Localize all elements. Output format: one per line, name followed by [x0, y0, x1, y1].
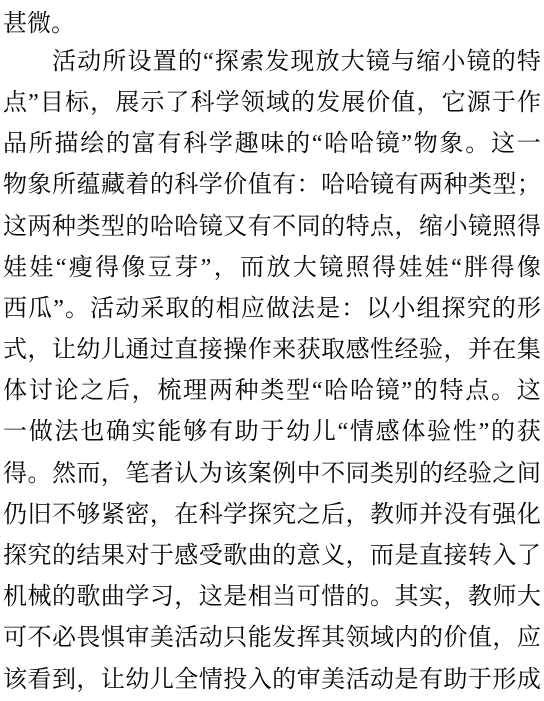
glyph: 瓜 [28, 297, 52, 321]
glyph: 歌 [76, 585, 100, 609]
glyph: 活 [174, 626, 198, 650]
glyph: 究 [467, 297, 491, 321]
glyph: 的 [106, 132, 130, 156]
glyph: 镜 [370, 173, 394, 197]
glyph: 于 [492, 91, 516, 115]
glyph: 绘 [80, 132, 104, 156]
text-line: 娃娃“瘦得像豆芽”，而放大镜照得娃娃“胖得像 [3, 247, 541, 288]
glyph: 笔 [125, 462, 149, 486]
glyph: 有 [248, 215, 272, 239]
glyph: 教 [468, 585, 492, 609]
glyph: 动 [115, 297, 139, 321]
glyph: 做 [29, 420, 53, 444]
glyph: 展 [115, 91, 139, 115]
glyph: 儿 [312, 420, 336, 444]
glyph: 哈 [350, 379, 374, 403]
glyph: 哈 [324, 379, 348, 403]
glyph: 蕴 [76, 173, 100, 197]
glyph: 形 [492, 668, 516, 692]
glyph: 畏 [76, 626, 100, 650]
glyph: 感 [174, 544, 198, 568]
glyph: 动 [370, 668, 394, 692]
glyph: 所 [29, 132, 53, 156]
glyph: 探 [215, 50, 239, 74]
glyph: 动 [77, 50, 101, 74]
glyph: 看 [27, 668, 51, 692]
glyph: ， [76, 668, 100, 692]
glyph: 的 [419, 626, 443, 650]
glyph: 来 [272, 338, 296, 362]
glyph: 梳 [157, 379, 181, 403]
glyph: 强 [492, 503, 516, 527]
glyph: 是 [316, 297, 340, 321]
glyph: 是 [395, 668, 419, 692]
glyph: 又 [223, 215, 247, 239]
glyph: 密 [125, 503, 149, 527]
glyph: 两 [27, 215, 51, 239]
glyph: ” [53, 297, 64, 321]
glyph: 设 [128, 50, 152, 74]
glyph: 不 [272, 215, 296, 239]
text-line: 品所描绘的富有科学趣味的“哈哈镜”物象。这一 [3, 124, 541, 165]
glyph: 相 [216, 297, 240, 321]
glyph: 法 [291, 297, 315, 321]
glyph: 曲 [248, 544, 272, 568]
glyph: 性 [370, 338, 394, 362]
glyph: 让 [52, 338, 76, 362]
glyph: 展 [341, 91, 365, 115]
glyph: 域 [370, 626, 394, 650]
glyph: 描 [54, 132, 78, 156]
glyph: 价 [443, 626, 467, 650]
glyph: 取 [165, 297, 189, 321]
text-line: 一做法也确实能够有助于幼儿“情感体验性”的获 [3, 412, 541, 453]
text-line: 仍旧不够紧密，在科学探究之后，教师并没有强化 [3, 494, 541, 535]
glyph: 的 [52, 544, 76, 568]
glyph: ， [101, 462, 125, 486]
glyph: 哈 [321, 173, 345, 197]
glyph: 相 [248, 585, 272, 609]
glyph: 果 [101, 544, 125, 568]
glyph: 的 [419, 462, 443, 486]
glyph: 内 [395, 626, 419, 650]
glyph: 当 [272, 585, 296, 609]
glyph: 该 [223, 462, 247, 486]
glyph: 。 [465, 132, 489, 156]
glyph: 情 [350, 420, 374, 444]
glyph: 通 [125, 338, 149, 362]
glyph: 类 [76, 215, 100, 239]
glyph: 作 [248, 338, 272, 362]
glyph: ” [28, 91, 39, 115]
glyph: 这 [491, 132, 515, 156]
glyph: 究 [27, 544, 51, 568]
glyph: 可 [297, 585, 321, 609]
glyph: 活 [346, 668, 370, 692]
glyph: 能 [157, 420, 181, 444]
glyph: 象 [27, 173, 51, 197]
glyph: 感 [376, 420, 400, 444]
glyph: ” [401, 379, 412, 403]
glyph: 特 [517, 50, 541, 74]
text-line: 探究的结果对于感受歌曲的意义，而是直接转入了 [3, 535, 541, 576]
glyph: 别 [395, 462, 419, 486]
glyph: 够 [183, 420, 207, 444]
glyph: “ [312, 379, 323, 403]
glyph: 这 [199, 585, 223, 609]
glyph: 着 [125, 173, 149, 197]
glyph: 例 [272, 462, 296, 486]
glyph: 的 [178, 50, 202, 74]
glyph: 挥 [297, 626, 321, 650]
glyph: 有 [272, 173, 296, 197]
glyph: 哈 [324, 132, 348, 156]
glyph: 型 [492, 173, 516, 197]
glyph: 趣 [235, 132, 259, 156]
glyph: 发 [265, 50, 289, 74]
glyph: 镜 [199, 215, 223, 239]
glyph: 只 [223, 626, 247, 650]
glyph: 。 [491, 379, 515, 403]
glyph: 受 [199, 544, 223, 568]
glyph: 置 [153, 50, 177, 74]
glyph: ” [201, 256, 212, 280]
glyph: 式 [3, 338, 27, 362]
glyph: 而 [370, 544, 394, 568]
glyph: 放 [316, 50, 340, 74]
glyph: 教 [370, 503, 394, 527]
glyph: 的 [291, 91, 315, 115]
glyph: ， [417, 91, 441, 115]
glyph: 探 [3, 544, 27, 568]
glyph: 有 [209, 420, 233, 444]
glyph: 的 [191, 297, 215, 321]
glyph: 性 [453, 420, 477, 444]
glyph: 哈 [174, 215, 198, 239]
glyph: 镜 [468, 215, 492, 239]
glyph: 型 [101, 215, 125, 239]
glyph: 象 [440, 132, 464, 156]
glyph: 够 [76, 503, 100, 527]
glyph: 应 [517, 626, 541, 650]
glyph: 曲 [101, 585, 125, 609]
glyph: 习 [150, 585, 174, 609]
glyph: 审 [125, 626, 149, 650]
glyph: 后 [321, 503, 345, 527]
glyph: 化 [517, 503, 541, 527]
glyph: 义 [321, 544, 345, 568]
glyph: 科 [183, 132, 207, 156]
glyph: ， [27, 338, 51, 362]
glyph: 得 [490, 256, 514, 280]
glyph: 的 [272, 544, 296, 568]
glyph: 学 [199, 173, 223, 197]
glyph: 讨 [29, 379, 53, 403]
glyph: 的 [125, 215, 149, 239]
glyph: 两 [209, 379, 233, 403]
glyph: ， [150, 503, 174, 527]
glyph: 标 [65, 91, 89, 115]
glyph: 入 [248, 668, 272, 692]
glyph: 学 [216, 91, 240, 115]
glyph: ： [341, 297, 365, 321]
glyph: 集 [517, 338, 541, 362]
glyph: 歌 [223, 544, 247, 568]
glyph: 。 [370, 585, 394, 609]
glyph: 幼 [76, 338, 100, 362]
glyph: 与 [391, 50, 415, 74]
glyph: 缩 [416, 50, 440, 74]
glyph: 得 [95, 256, 119, 280]
glyph: 过 [150, 338, 174, 362]
glyph: 体 [3, 379, 27, 403]
glyph: 没 [443, 503, 467, 527]
glyph: 的 [286, 132, 310, 156]
glyph: 并 [468, 338, 492, 362]
glyph: 值 [391, 91, 415, 115]
glyph: 美 [150, 626, 174, 650]
glyph: 采 [140, 297, 164, 321]
glyph: 儿 [101, 338, 125, 362]
glyph: ； [517, 173, 541, 197]
glyph: 做 [266, 297, 290, 321]
glyph: 照 [346, 256, 370, 280]
glyph: 的 [414, 379, 438, 403]
glyph: 镜 [376, 132, 400, 156]
glyph: ， [346, 544, 370, 568]
glyph: 娃 [398, 256, 422, 280]
glyph: 的 [272, 668, 296, 692]
glyph: 镜 [467, 50, 491, 74]
glyph: 惜 [321, 585, 345, 609]
glyph: 味 [260, 132, 284, 156]
glyph: 镜 [319, 256, 343, 280]
glyph: 索 [240, 50, 264, 74]
text-lines: 甚微。活动所设置的“探索发现放大镜与缩小镜的特点”目标，展示了科学领域的发展价值… [3, 0, 541, 700]
glyph: 哈 [350, 132, 374, 156]
glyph: 感 [346, 338, 370, 362]
glyph: ： [297, 173, 321, 197]
glyph: 价 [223, 173, 247, 197]
glyph: 得 [3, 462, 27, 486]
text-line: 体讨论之后，梳理两种类型“哈哈镜”的特点。这 [3, 371, 541, 412]
text-line: 甚微。 [3, 0, 541, 41]
glyph: 验 [427, 420, 451, 444]
glyph: 转 [468, 544, 492, 568]
glyph: 有 [419, 668, 443, 692]
glyph: 活 [90, 297, 114, 321]
text-line: 点”目标，展示了科学领域的发展价值，它源于作 [3, 82, 541, 123]
glyph: 其 [395, 585, 419, 609]
glyph: 品 [3, 132, 27, 156]
glyph: 镜 [376, 379, 400, 403]
glyph: 有 [395, 173, 419, 197]
glyph: 。 [27, 462, 51, 486]
glyph: 结 [76, 544, 100, 568]
text-line: 活动所设置的“探索发现放大镜与缩小镜的特 [3, 41, 541, 82]
glyph: 缩 [419, 215, 443, 239]
glyph: 的 [492, 50, 516, 74]
glyph: 幼 [286, 420, 310, 444]
document-page: 甚微。活动所设置的“探索发现放大镜与缩小镜的特点”目标，展示了科学领域的发展价值… [0, 0, 544, 701]
glyph: 大 [293, 256, 317, 280]
glyph: 这 [517, 379, 541, 403]
glyph: 特 [346, 215, 370, 239]
glyph: 动 [199, 626, 223, 650]
glyph: 美 [321, 668, 345, 692]
glyph: 投 [223, 668, 247, 692]
glyph: 确 [106, 420, 130, 444]
glyph: 同 [346, 462, 370, 486]
glyph: 型 [286, 379, 310, 403]
glyph: ， [90, 91, 114, 115]
glyph: 可 [3, 626, 27, 650]
glyph: 大 [517, 585, 541, 609]
glyph: 有 [157, 132, 181, 156]
glyph: 目 [40, 91, 64, 115]
glyph: 学 [125, 585, 149, 609]
glyph: 芽 [174, 256, 198, 280]
glyph: 的 [346, 585, 370, 609]
glyph: ， [395, 215, 419, 239]
glyph: 特 [440, 379, 464, 403]
glyph: 对 [125, 544, 149, 568]
glyph: 在 [492, 338, 516, 362]
glyph: 大 [341, 50, 365, 74]
glyph: 旧 [27, 503, 51, 527]
glyph: 获 [297, 338, 321, 362]
glyph: 不 [321, 462, 345, 486]
glyph: 之 [297, 503, 321, 527]
glyph: 形 [517, 297, 541, 321]
glyph: 一 [3, 420, 27, 444]
glyph: 科 [174, 173, 198, 197]
glyph: 域 [266, 91, 290, 115]
glyph: 镜 [366, 50, 390, 74]
glyph: ， [214, 256, 238, 280]
glyph: 审 [297, 668, 321, 692]
glyph: 实 [132, 420, 156, 444]
glyph: ， [443, 338, 467, 362]
glyph: 活 [52, 50, 76, 74]
glyph: 究 [272, 503, 296, 527]
glyph: 领 [241, 91, 265, 115]
glyph: 而 [76, 462, 100, 486]
glyph: 物 [414, 132, 438, 156]
glyph: 的 [491, 420, 515, 444]
glyph: 像 [122, 256, 146, 280]
glyph: 。 [65, 297, 89, 321]
glyph: 点 [370, 215, 394, 239]
glyph: 瘦 [69, 256, 93, 280]
glyph: 论 [54, 379, 78, 403]
glyph: 领 [346, 626, 370, 650]
glyph: 类 [260, 379, 284, 403]
glyph: 的 [321, 215, 345, 239]
glyph: 为 [199, 462, 223, 486]
glyph: 实 [419, 585, 443, 609]
glyph: 类 [468, 173, 492, 197]
glyph: 助 [235, 420, 259, 444]
glyph: ， [174, 585, 198, 609]
glyph: ” [479, 420, 490, 444]
glyph: 不 [52, 503, 76, 527]
glyph: 示 [140, 91, 164, 115]
glyph: 富 [132, 132, 156, 156]
glyph: 了 [165, 91, 189, 115]
glyph: 值 [468, 626, 492, 650]
glyph: 娃 [29, 256, 53, 280]
glyph: 以 [366, 297, 390, 321]
glyph: 师 [492, 585, 516, 609]
glyph: 意 [297, 544, 321, 568]
glyph: 械 [27, 585, 51, 609]
glyph: 的 [492, 297, 516, 321]
glyph: 经 [395, 338, 419, 362]
glyph: 西 [3, 297, 27, 321]
glyph: 这 [3, 215, 27, 239]
glyph: 机 [3, 585, 27, 609]
glyph: ， [132, 379, 156, 403]
glyph: 的 [52, 585, 76, 609]
glyph: 幼 [125, 668, 149, 692]
glyph: 直 [174, 338, 198, 362]
glyph: 体 [401, 420, 425, 444]
glyph: 同 [297, 215, 321, 239]
glyph: 是 [223, 585, 247, 609]
glyph: 学 [223, 503, 247, 527]
glyph: 全 [174, 668, 198, 692]
glyph: “ [338, 420, 349, 444]
glyph: 操 [223, 338, 247, 362]
text-line: 物象所蕴藏着的科学价值有：哈哈镜有两种类型； [3, 165, 541, 206]
glyph: 它 [442, 91, 466, 115]
glyph: 然 [52, 462, 76, 486]
glyph: 小 [391, 297, 415, 321]
glyph: 点 [3, 91, 27, 115]
glyph: 探 [248, 503, 272, 527]
glyph: 认 [174, 462, 198, 486]
glyph: 案 [248, 462, 272, 486]
glyph: 价 [366, 91, 390, 115]
glyph: “ [451, 256, 462, 280]
glyph: 经 [443, 462, 467, 486]
glyph: 源 [467, 91, 491, 115]
glyph: 所 [52, 173, 76, 197]
glyph: 照 [492, 215, 516, 239]
glyph: 是 [395, 544, 419, 568]
glyph: ， [346, 503, 370, 527]
glyph: 情 [199, 668, 223, 692]
glyph: 娃 [3, 256, 27, 280]
glyph: “ [203, 50, 214, 74]
glyph: 师 [395, 503, 419, 527]
glyph: 助 [443, 668, 467, 692]
glyph: 直 [419, 544, 443, 568]
glyph: 科 [199, 503, 223, 527]
glyph: 者 [150, 462, 174, 486]
glyph: 在 [174, 503, 198, 527]
glyph: 类 [370, 462, 394, 486]
glyph: 发 [316, 91, 340, 115]
glyph: 胖 [464, 256, 488, 280]
glyph: 于 [260, 420, 284, 444]
glyph: 娃 [425, 256, 449, 280]
glyph: 两 [419, 173, 443, 197]
glyph: 作 [517, 91, 541, 115]
glyph: 理 [183, 379, 207, 403]
text-line: 可不必畏惧审美活动只能发挥其领域内的价值，应 [3, 618, 541, 659]
